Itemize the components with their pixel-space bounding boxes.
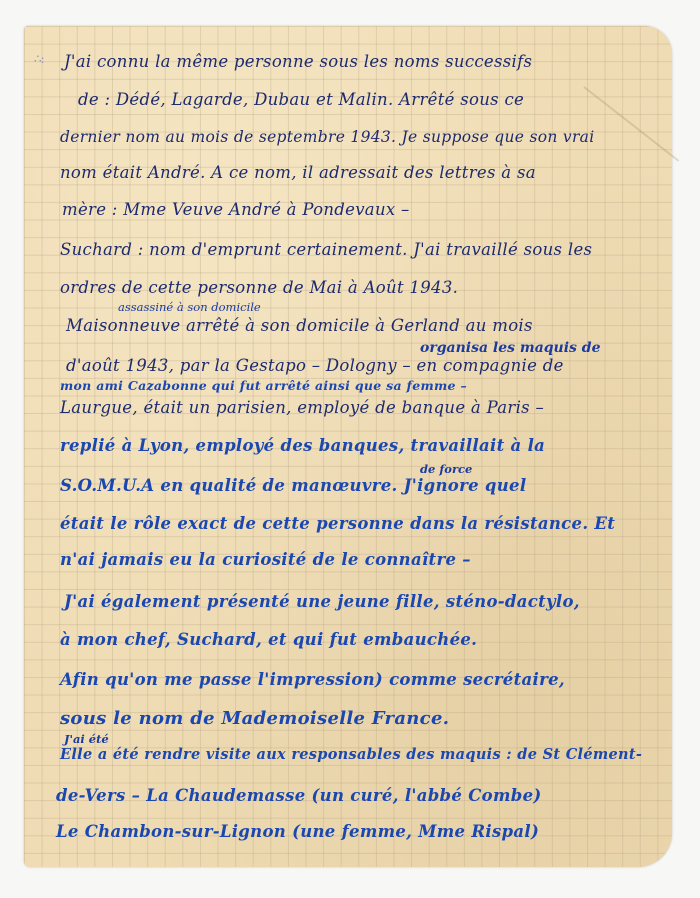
line-1: J'ai connu la même personne sous les nom… [64, 52, 532, 71]
line-17: à mon chef, Suchard, et qui fut embauché… [60, 630, 477, 649]
line-10: mon ami Cazabonne qui fut arrêté ainsi q… [60, 378, 467, 393]
insertion-assassine: assassiné à son domicile [118, 300, 261, 314]
insertion-jai-ete: J'ai été [64, 732, 109, 746]
line-4: nom était André. A ce nom, il adressait … [60, 163, 536, 182]
line-13: S.O.M.U.A en qualité de manœuvre. J'igno… [60, 476, 526, 495]
paper-crease [583, 86, 679, 161]
line-6: Suchard : nom d'emprunt certainement. J'… [60, 240, 592, 259]
line-7: ordres de cette personne de Mai à Août 1… [60, 278, 458, 297]
line-12: replié à Lyon, employé des banques, trav… [60, 436, 545, 455]
line-9: d'août 1943, par la Gestapo – Dologny – … [66, 356, 564, 375]
line-8: Maisonneuve arrêté à son domicile à Gerl… [66, 316, 533, 335]
line-15: n'ai jamais eu la curiosité de le connaî… [60, 550, 471, 569]
line-11: Laurgue, était un parisien, employé de b… [60, 398, 544, 417]
line-21: de-Vers – La Chaudemasse (un curé, l'abb… [56, 786, 541, 805]
line-20: Elle a été rendre visite aux responsable… [60, 746, 642, 763]
line-2: de : Dédé, Lagarde, Dubau et Malin. Arrê… [78, 90, 524, 109]
line-18: Afin qu'on me passe l'impression) comme … [60, 670, 565, 689]
line-14: était le rôle exact de cette personne da… [60, 514, 615, 533]
line-16: J'ai également présenté une jeune fille,… [64, 592, 580, 611]
insertion-organisa: organisa les maquis de [420, 340, 601, 356]
line-5: mère : Mme Veuve André à Pondevaux – [62, 200, 410, 219]
line-22: Le Chambon-sur-Lignon (une femme, Mme Ri… [56, 822, 539, 841]
line-19: sous le nom de Mademoiselle France. [60, 708, 449, 729]
margin-mark: ∴: [34, 52, 44, 66]
line-3: dernier nom au mois de septembre 1943. J… [60, 128, 594, 146]
insertion-de-force: de force [420, 462, 472, 476]
